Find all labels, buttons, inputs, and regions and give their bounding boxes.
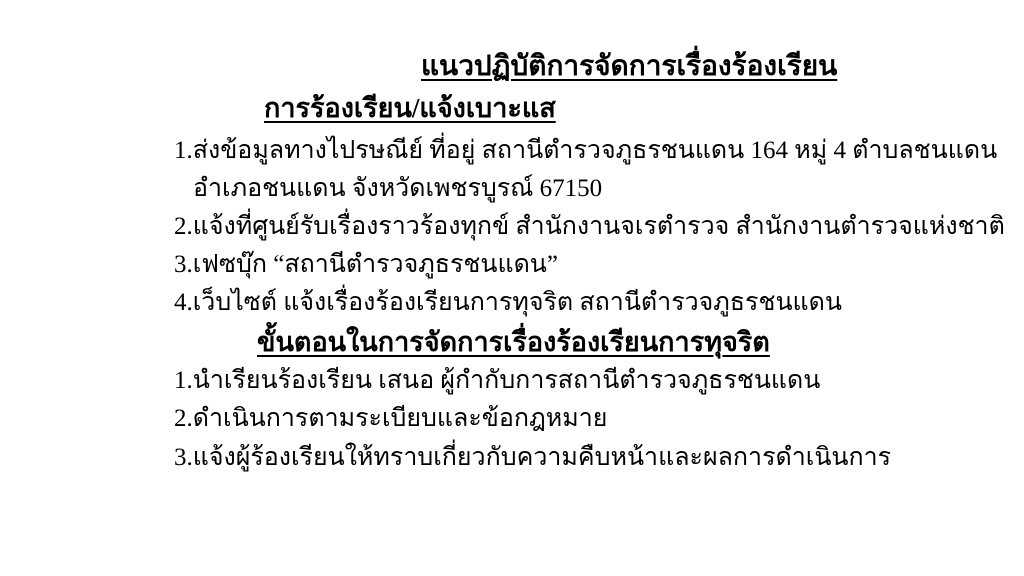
complaint-channel-line-facebook: 3.เฟซบุ๊ก “สถานีตำรวจภูธรชนแดน” [174, 250, 558, 280]
complaint-channel-line-postal: 1.ส่งข้อมูลทางไปรษณีย์ ที่อยู่ สถานีตำรว… [174, 136, 997, 166]
complaint-channel-line-center: 2.แจ้งที่ศูนย์รับเรื่องราวร้องทุกข์ สำนั… [174, 212, 1005, 242]
procedure-step-line-1: 1.นำเรียนร้องเรียน เสนอ ผู้กำกับการสถานี… [174, 366, 820, 396]
page-title: แนวปฏิบัติการจัดการเรื่องร้องเรียน [421, 50, 837, 84]
complaint-channels-heading: การร้องเรียน/แจ้งเบาะแส [264, 92, 556, 124]
procedure-steps-heading: ขั้นตอนในการจัดการเรื่องร้องเรียนการทุจร… [257, 326, 770, 358]
complaint-channel-line-postal-continuation: อำเภอชนแดน จังหวัดเพชรบูรณ์ 67150 [193, 174, 602, 204]
document-page: แนวปฏิบัติการจัดการเรื่องร้องเรียน การร้… [0, 0, 1024, 576]
procedure-step-line-2: 2.ดำเนินการตามระเบียบและข้อกฎหมาย [174, 404, 607, 434]
procedure-step-line-3: 3.แจ้งผู้ร้องเรียนให้ทราบเกี่ยวกับความคื… [174, 443, 891, 473]
complaint-channel-line-website: 4.เว็บไซต์ แจ้งเรื่องร้องเรียนการทุจริต … [174, 288, 842, 318]
